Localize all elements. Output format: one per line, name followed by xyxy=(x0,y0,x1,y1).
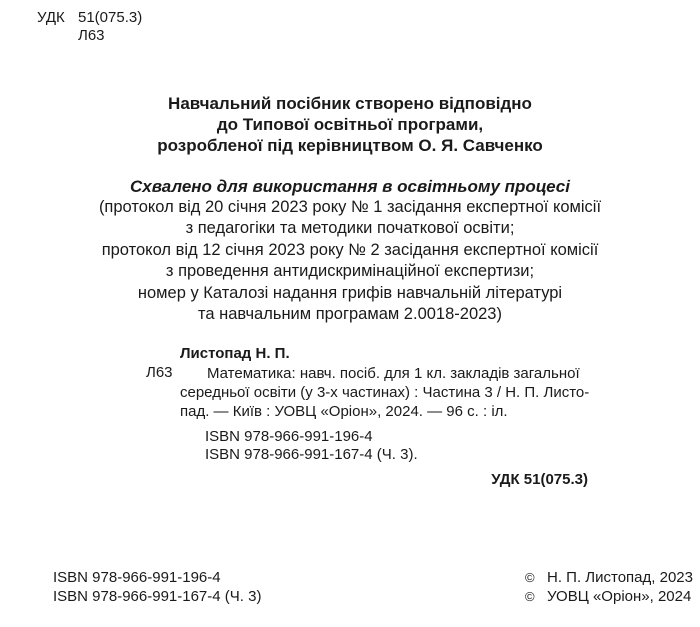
curriculum-notice-line: Навчальний посібник створено відповідно xyxy=(0,93,700,114)
catalog-isbn-line: ISBN 978-966-991-196-4 xyxy=(205,428,418,446)
protocol-line: (протокол від 20 січня 2023 року № 1 зас… xyxy=(0,197,700,218)
protocol-line: та навчальним програмам 2.0018-2023) xyxy=(0,304,700,325)
footer-isbn: ISBN 978-966-991-196-4 ISBN 978-966-991-… xyxy=(53,568,261,606)
curriculum-notice: Навчальний посібник створено відповідно … xyxy=(0,93,700,156)
protocol-line: з педагогіки та методики початкової осві… xyxy=(0,218,700,239)
author-code: Л63 xyxy=(78,27,105,44)
catalog-description: Математика: навч. посіб. для 1 кл. закла… xyxy=(180,364,596,421)
protocol-line: номер у Каталозі надання грифів навчальн… xyxy=(0,283,700,304)
curriculum-notice-line: до Типової освітньої програми, xyxy=(0,114,700,135)
copyright-text: Н. П. Листопад, 2023 xyxy=(547,569,693,586)
copyright-line: ©УОВЦ «Оріон», 2024 xyxy=(525,587,693,606)
copyright-text: УОВЦ «Оріон», 2024 xyxy=(547,588,691,605)
udk-code: 51(075.3) xyxy=(78,9,142,26)
copyright-icon: © xyxy=(525,568,547,587)
catalog-isbn-line: ISBN 978-966-991-167-4 (Ч. 3). xyxy=(205,446,418,464)
udk-label: УДК xyxy=(37,9,65,26)
copyright-icon: © xyxy=(525,587,547,606)
catalog-description-line: середньої освіти (у 3-х частинах) : Част… xyxy=(180,383,596,402)
catalog-code: Л63 xyxy=(146,364,173,381)
footer-copyright: ©Н. П. Листопад, 2023 ©УОВЦ «Оріон», 202… xyxy=(525,568,693,606)
catalog-isbn: ISBN 978-966-991-196-4 ISBN 978-966-991-… xyxy=(205,428,418,464)
approval-protocols: (протокол від 20 січня 2023 року № 1 зас… xyxy=(0,197,700,325)
catalog-udk: УДК 51(075.3) xyxy=(491,471,588,488)
catalog-author: Листопад Н. П. xyxy=(180,345,290,362)
footer-isbn-line: ISBN 978-966-991-167-4 (Ч. 3) xyxy=(53,587,261,606)
catalog-description-line: Математика: навч. посіб. для 1 кл. закла… xyxy=(180,364,596,383)
protocol-line: з проведення антидискримінаційної експер… xyxy=(0,261,700,282)
approval-heading: Схвалено для використання в освітньому п… xyxy=(0,176,700,197)
catalog-description-line: пад. — Київ : УОВЦ «Оріон», 2024. — 96 с… xyxy=(180,402,596,421)
protocol-line: протокол від 12 січня 2023 року № 2 засі… xyxy=(0,240,700,261)
copyright-line: ©Н. П. Листопад, 2023 xyxy=(525,568,693,587)
footer-isbn-line: ISBN 978-966-991-196-4 xyxy=(53,568,261,587)
curriculum-notice-line: розробленої під керівництвом О. Я. Савче… xyxy=(0,135,700,156)
